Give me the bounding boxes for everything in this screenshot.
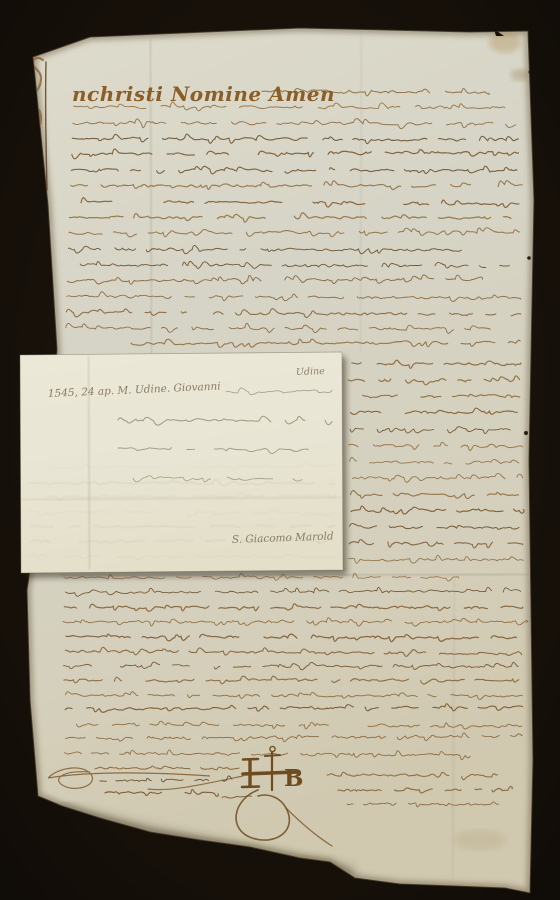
note-corner-word: Udine: [296, 366, 326, 378]
opening-invocation: nchristi Nomine Amen: [72, 82, 335, 106]
archival-note-slip: Udine 1545, 24 ap. M. Udine. Giovanni S.…: [20, 352, 347, 578]
notarial-sign-letter: B: [284, 765, 303, 792]
manuscript-photo: nchristi Nomine Amen B: [0, 0, 560, 900]
manuscript-photo-canvas: nchristi Nomine Amen B: [0, 0, 560, 900]
